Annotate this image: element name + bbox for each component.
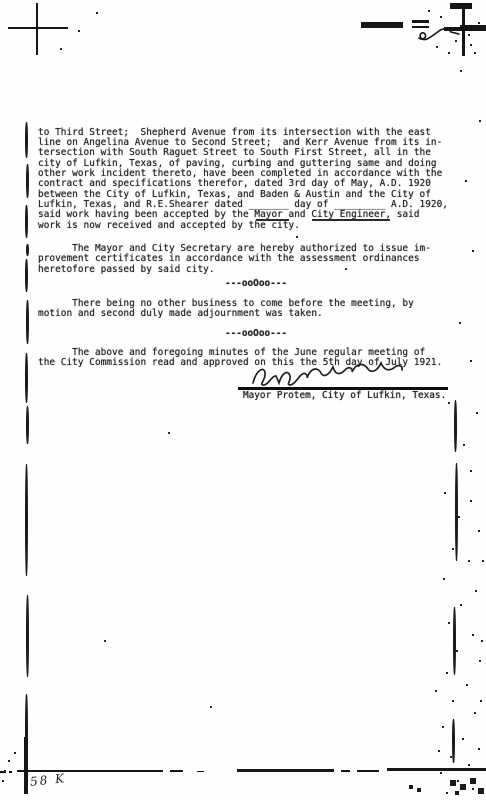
text-line: contract and specifications therefor, da… — [38, 179, 448, 189]
scan-crease-line — [387, 768, 486, 772]
paragraph-adjournment: There being no other business to come be… — [38, 299, 414, 320]
paragraph-certificates: The Mayor and City Secretary are hereby … — [38, 244, 431, 275]
binding-edge-mark — [25, 464, 28, 576]
text-line: work is now received and accepted by the… — [38, 221, 448, 231]
scan-crease-line — [0, 771, 6, 773]
binding-edge-mark — [452, 719, 455, 763]
binding-edge-mark — [25, 259, 28, 292]
paragraph-street-completion: to Third Street; Shepherd Avenue from it… — [38, 128, 448, 231]
text-line: heretofore passed by said city. — [38, 265, 431, 275]
handwritten-page-note: 58 K — [29, 771, 66, 789]
binding-edge-mark — [25, 205, 28, 238]
binding-edge-mark — [26, 244, 29, 256]
text-line: motion and second duly made adjournment … — [38, 309, 414, 319]
scan-artifact-corner — [450, 3, 472, 9]
text-line: tersection with South Raguet Street to S… — [38, 148, 448, 158]
scan-artifact-bar — [361, 22, 403, 28]
binding-edge-mark — [455, 463, 458, 561]
scan-crop-mark — [36, 3, 38, 55]
scan-crop-mark — [24, 737, 28, 794]
scan-noise-speckles — [0, 0, 2, 2]
signature-handwriting — [245, 359, 413, 390]
binding-edge-mark — [26, 164, 29, 198]
binding-edge-mark — [454, 400, 457, 452]
scan-crease-line — [341, 770, 350, 772]
scan-crease-line — [197, 771, 204, 773]
binding-edge-mark — [26, 300, 29, 344]
document-page: to Third Street; Shepherd Avenue from it… — [0, 0, 486, 800]
section-separator: ---ooOoo--- — [38, 279, 448, 289]
scan-crease-line — [170, 770, 183, 772]
scan-underline-mark — [256, 219, 289, 221]
signature-caption: Mayor Protem, City of Lufkin, Texas. — [243, 390, 446, 401]
scan-crease-line — [17, 770, 163, 773]
binding-edge-mark — [25, 122, 28, 158]
binding-edge-mark — [26, 595, 29, 677]
scan-crease-line — [237, 769, 334, 772]
scan-crop-mark — [462, 6, 465, 56]
binding-edge-mark — [25, 353, 28, 403]
binding-edge-mark — [453, 607, 456, 675]
scan-artifact-equals — [412, 20, 429, 23]
scan-underline-mark — [312, 219, 390, 221]
scan-crop-mark — [8, 27, 68, 29]
scan-crease-line — [357, 770, 379, 772]
binding-edge-mark — [26, 406, 29, 444]
scan-crease-line — [9, 771, 12, 773]
section-separator: ---ooOoo--- — [38, 329, 448, 339]
